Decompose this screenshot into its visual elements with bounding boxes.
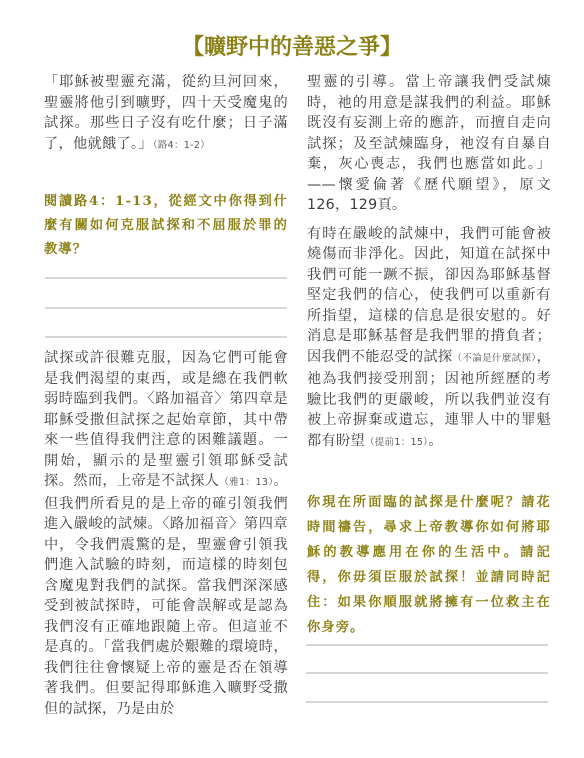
answer-line[interactable]: [45, 277, 287, 279]
application-question: 你現在所面臨的試探是什麼呢？請花時間禱告，尋求上帝教導你如何將耶穌的教導應用在你…: [307, 490, 551, 640]
answer-line[interactable]: [306, 644, 548, 646]
answer-line[interactable]: [45, 336, 287, 338]
body-text: 。但我們所看見的是上帝的確引領我們進入嚴峻的試煉。〈路加福音〉第四章中，令我們震…: [44, 473, 288, 717]
right-column: 聖靈的引導。當上帝讓我們受試煉時，祂的用意是謀我們的利益。耶穌既沒有妄測上帝的應…: [307, 72, 551, 453]
right-question-block: 你現在所面臨的試探是什麼呢？請花時間禱告，尋求上帝教導你如何將耶穌的教導應用在你…: [307, 490, 551, 640]
body-text: 。: [428, 433, 443, 449]
quote-reference: （路4：1-2）: [153, 140, 210, 151]
page-title: 【曠野中的善惡之爭】: [0, 30, 584, 61]
body-paragraph: 試探或許很難克服，因為它們可能會是我們渴望的東西，或是總在我們軟弱時臨到我們。〈…: [44, 348, 288, 719]
body-reference: （雅1：13）: [219, 477, 273, 488]
left-column: 「耶穌被聖靈充滿，從約旦河回來，聖靈將他引到曠野，四十天受魔鬼的試探。那些日子沒…: [44, 72, 288, 156]
body-paragraph: 有時在嚴峻的試煉中，我們可能會被燒傷而非淨化。因此，知道在試探中我們可能一蹶不振…: [307, 224, 551, 454]
scripture-quote: 「耶穌被聖靈充滿，從約旦河回來，聖靈將他引到曠野，四十天受魔鬼的試探。那些日子沒…: [44, 72, 288, 156]
left-question-block: 閱讀路4：1-13，從經文中你得到什麼有關如何克服試探和不屈服於罪的教導？: [44, 190, 288, 262]
body-paragraph: 聖靈的引導。當上帝讓我們受試煉時，祂的用意是謀我們的利益。耶穌既沒有妄測上帝的應…: [307, 72, 551, 216]
body-note: （不論是什麼試探）: [452, 353, 536, 364]
left-body: 試探或許很難克服，因為它們可能會是我們渴望的東西，或是總在我們軟弱時臨到我們。〈…: [44, 348, 288, 719]
body-text: 有時在嚴峻的試煉中，我們可能會被燒傷而非淨化。因此，知道在試探中我們可能一蹶不振…: [307, 226, 551, 365]
answer-line[interactable]: [306, 701, 548, 703]
body-reference: （提前1：15）: [365, 437, 428, 448]
body-text: 試探或許很難克服，因為它們可能會是我們渴望的東西，或是總在我們軟弱時臨到我們。〈…: [44, 350, 288, 489]
reading-question: 閱讀路4：1-13，從經文中你得到什麼有關如何克服試探和不屈服於罪的教導？: [44, 190, 288, 262]
answer-line[interactable]: [45, 307, 287, 309]
answer-line[interactable]: [306, 672, 548, 674]
